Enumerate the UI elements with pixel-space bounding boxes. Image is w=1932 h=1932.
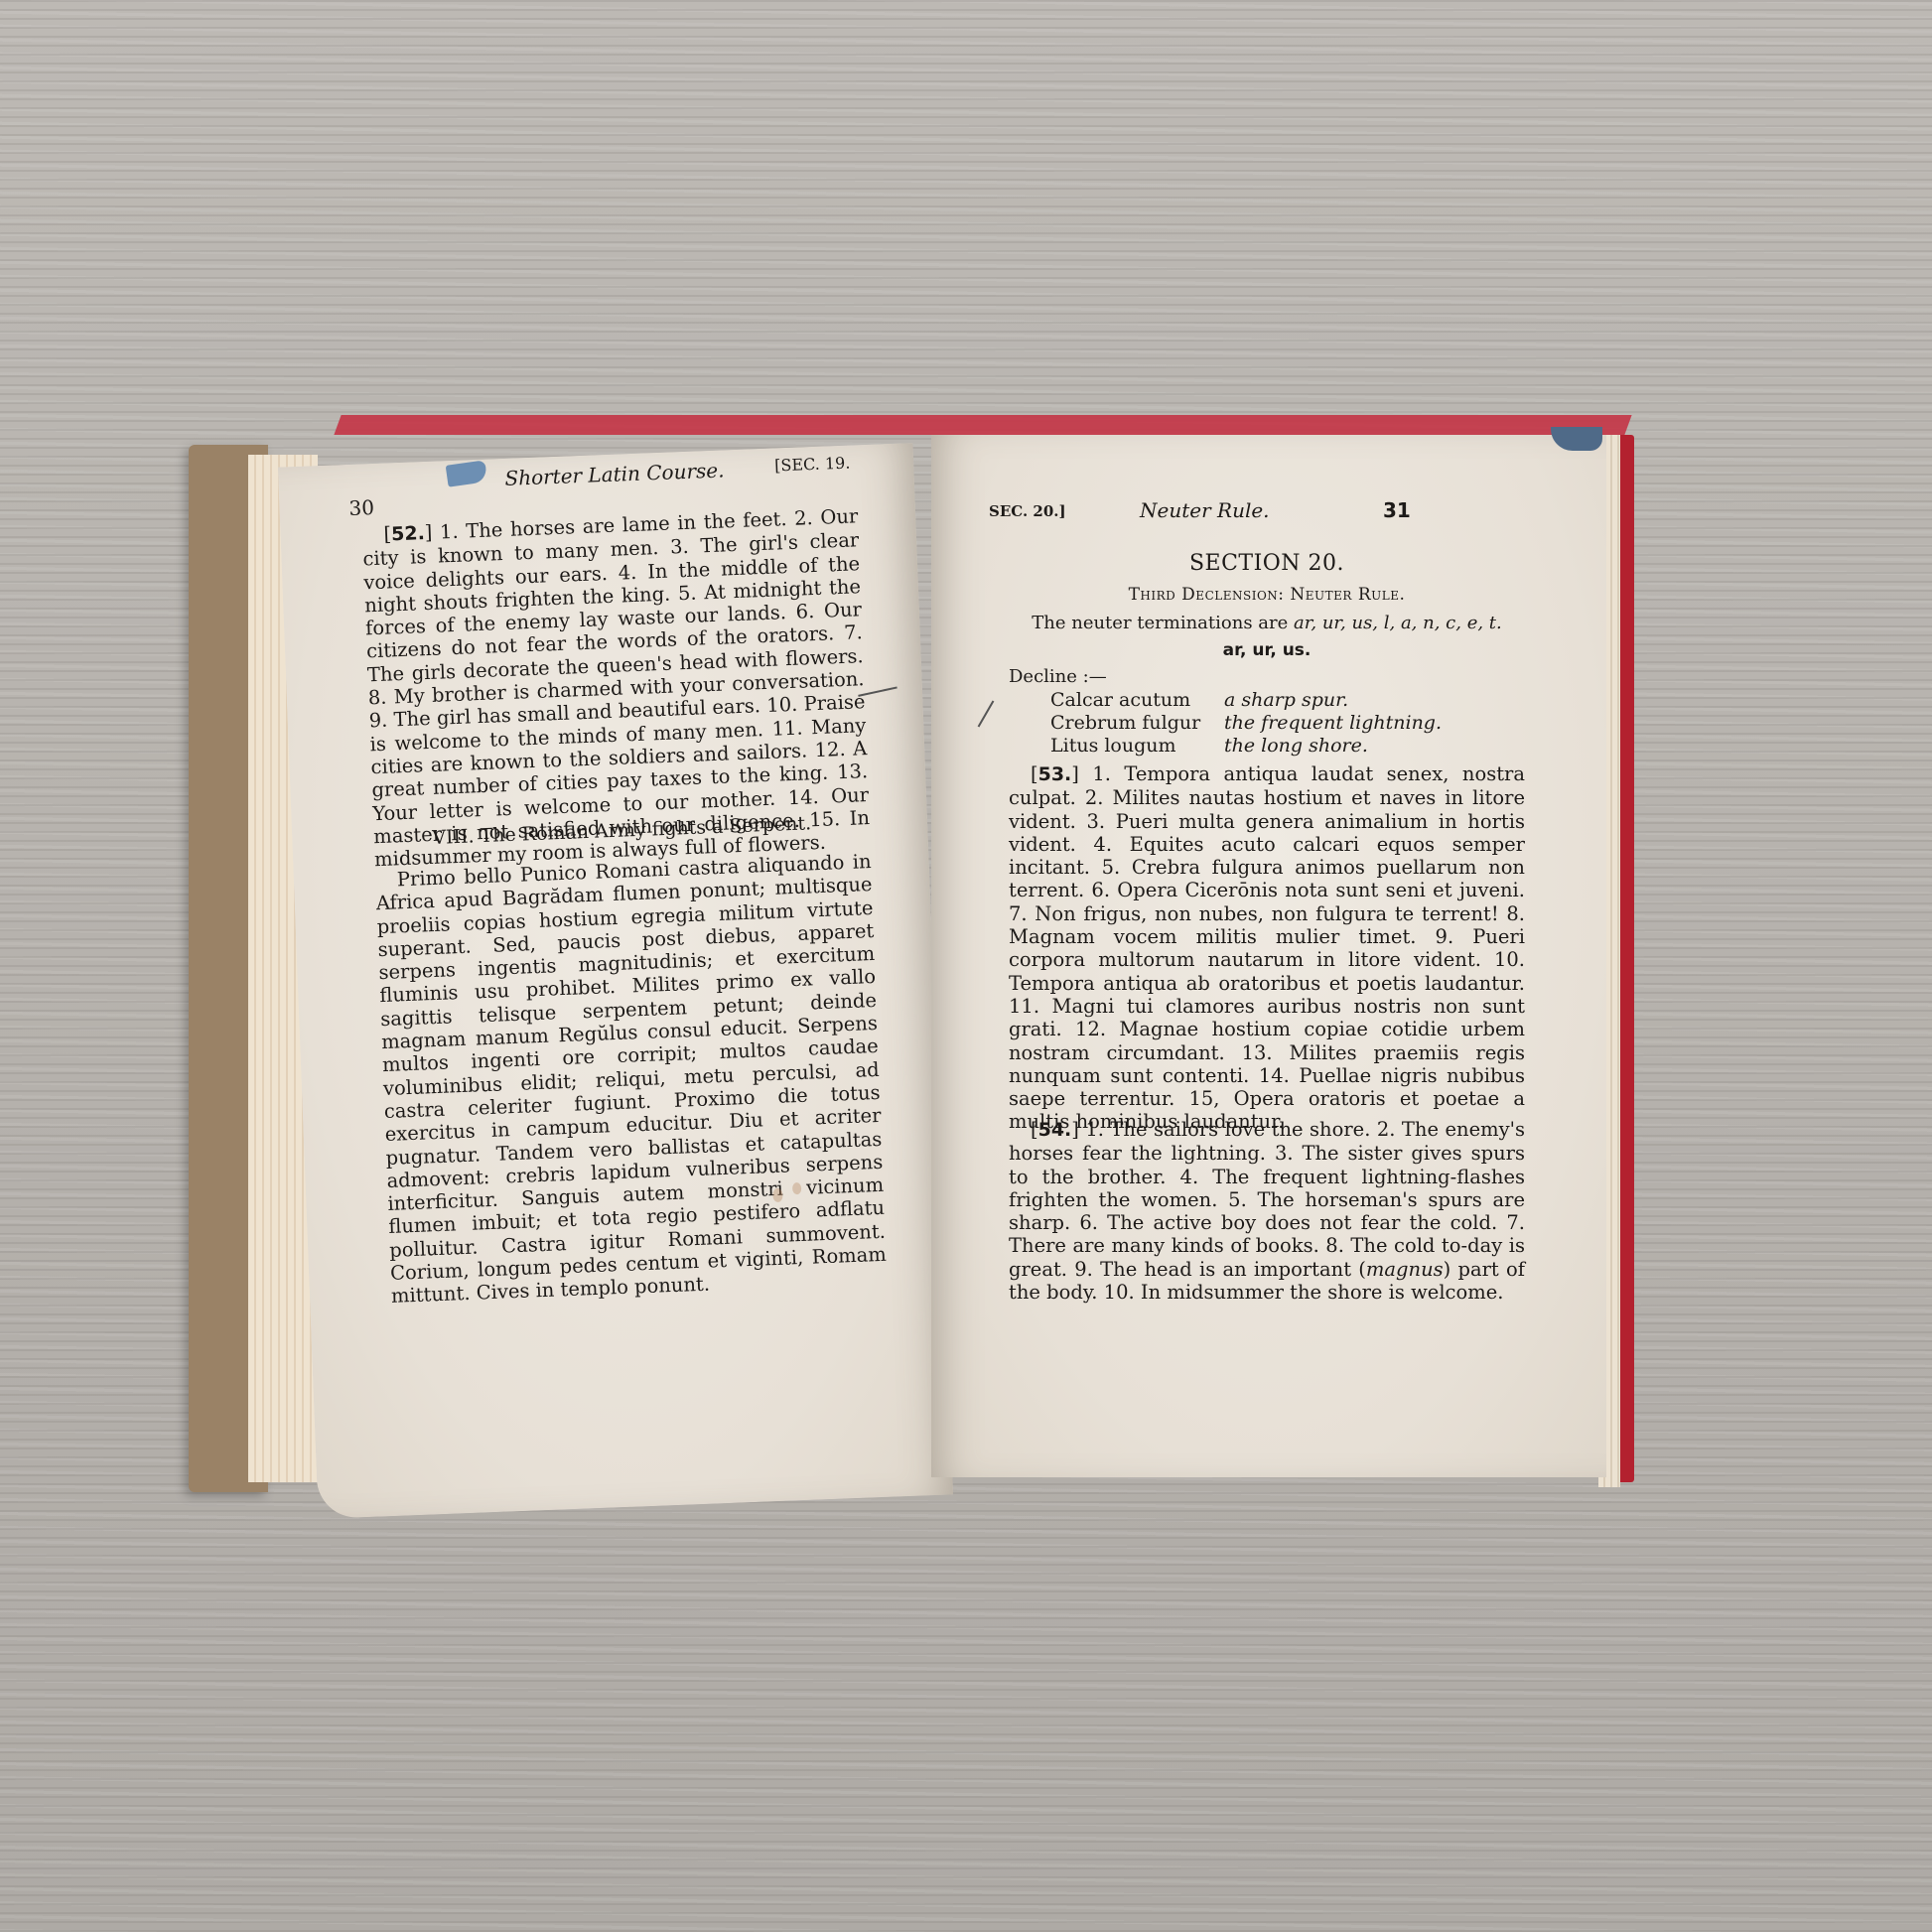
exercise-54-italic: magnus	[1366, 1258, 1444, 1281]
declension-row: Crebrum fulgur the frequent lightning.	[1050, 712, 1442, 735]
declension-row: Calcar acutum a sharp spur.	[1050, 689, 1442, 712]
declension-row: Litus lougum the long shore.	[1050, 735, 1442, 758]
english-phrase: the long shore.	[1224, 735, 1442, 758]
right-running-title: Neuter Rule.	[1140, 498, 1270, 522]
exercise-54: [54.] 1. The sailors love the shore. 2. …	[1009, 1118, 1525, 1304]
latin-phrase: Litus lougum	[1050, 735, 1224, 758]
book-cover-top-edge	[334, 415, 1631, 435]
group-heading: ar, ur, us.	[1009, 639, 1525, 662]
declension-table: Calcar acutum a sharp spur. Crebrum fulg…	[1050, 689, 1442, 758]
right-section-ref: SEC. 20.]	[989, 502, 1066, 520]
exercise-53-label: 53.	[1038, 763, 1072, 785]
rule-intro-text: The neuter terminations are	[1032, 613, 1288, 633]
right-page-number: 31	[1383, 498, 1411, 522]
exercise-54-label: 54.	[1038, 1119, 1072, 1141]
pencil-mark	[978, 701, 995, 728]
rule-intro: The neuter terminations are ar, ur, us, …	[1009, 612, 1525, 634]
left-running-title: Shorter Latin Course.	[504, 458, 725, 489]
terminations: ar, ur, us, l, a, n, c, e, t.	[1294, 613, 1502, 633]
latin-phrase: Crebrum fulgur	[1050, 712, 1224, 735]
english-phrase: the frequent lightning.	[1224, 712, 1442, 735]
exercise-53-text: 1. Tempora antiqua laudat senex, nostra …	[1009, 762, 1525, 1133]
section-subtitle: Third Declension: Neuter Rule.	[1009, 584, 1525, 607]
left-page: Shorter Latin Course. [SEC. 19. 30 [52.]…	[278, 443, 953, 1519]
english-phrase: a sharp spur.	[1224, 689, 1442, 712]
exercise-54-text-a: 1. The sailors love the shore. 2. The en…	[1009, 1118, 1525, 1281]
book-cover-right	[1618, 435, 1634, 1482]
exercise-52-label: 52.	[391, 522, 425, 545]
exercise-53: [53.] 1. Tempora antiqua laudat senex, n…	[1009, 762, 1525, 1134]
decline-label: Decline :—	[1009, 665, 1525, 688]
section-title: SECTION 20.	[1009, 552, 1525, 575]
open-book: Shorter Latin Course. [SEC. 19. 30 [52.]…	[189, 415, 1648, 1519]
latin-phrase: Calcar acutum	[1050, 689, 1224, 712]
reading-text: Primo bello Punico Romani castra aliquan…	[374, 850, 888, 1309]
left-section-ref: [SEC. 19.	[774, 454, 851, 476]
left-page-number: 30	[348, 495, 374, 520]
right-page: SEC. 20.] Neuter Rule. 31 SECTION 20. Th…	[931, 435, 1606, 1477]
